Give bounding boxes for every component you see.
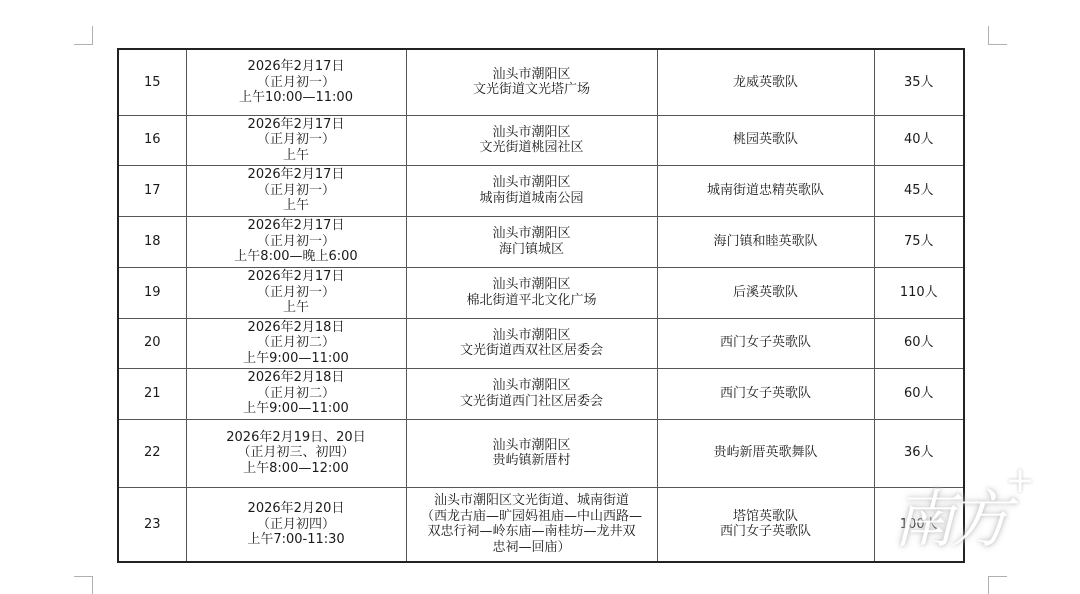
cell-number: 16	[118, 115, 186, 165]
cell-participant-count: 35人	[874, 49, 964, 115]
cell-team-line: 贵屿新厝英歌舞队	[658, 445, 874, 461]
cell-date-time: 2026年2月20日（正月初四）上午7:00-11:30	[186, 487, 406, 562]
cell-location: 汕头市潮阳区文光街道桃园社区	[406, 115, 657, 165]
table-row: 202026年2月18日（正月初二）上午9:00—11:00汕头市潮阳区文光街道…	[118, 318, 964, 368]
cell-participant-count-text: 100人	[875, 517, 964, 533]
cell-number: 18	[118, 216, 186, 267]
performance-schedule-table: 152026年2月17日（正月初一）上午10:00—11:00汕头市潮阳区文光街…	[117, 48, 965, 563]
cell-number-text: 17	[119, 183, 186, 199]
table-row: 222026年2月19日、20日（正月初三、初四）上午8:00—12:00汕头市…	[118, 419, 964, 487]
cell-date-time-line: （正月初二）	[187, 386, 406, 402]
cell-date-time-line: 上午7:00-11:30	[187, 532, 406, 548]
table-row: 172026年2月17日（正月初一）上午汕头市潮阳区城南街道城南公园城南街道忠精…	[118, 165, 964, 216]
cell-team-line: 塔馆英歌队	[658, 509, 874, 525]
cell-date-time-line: （正月初一）	[187, 183, 406, 199]
table-row: 162026年2月17日（正月初一）上午汕头市潮阳区文光街道桃园社区桃园英歌队4…	[118, 115, 964, 165]
cell-team: 西门女子英歌队	[657, 368, 874, 419]
cell-date-time-line: 2026年2月17日	[187, 218, 406, 234]
cell-date-time-line: 上午9:00—11:00	[187, 401, 406, 417]
cell-date-time-line: （正月初一）	[187, 234, 406, 250]
page-corner-mark-top-right	[988, 26, 1007, 45]
cell-date-time-line: （正月初二）	[187, 335, 406, 351]
cell-participant-count-text: 36人	[875, 445, 964, 461]
cell-team: 龙威英歌队	[657, 49, 874, 115]
cell-participant-count: 100人	[874, 487, 964, 562]
cell-location-line: 文光街道文光塔广场	[407, 82, 657, 98]
cell-date-time-line: （正月初三、初四）	[187, 445, 406, 461]
cell-location-line: 海门镇城区	[407, 242, 657, 258]
cell-date-time-line: 上午10:00—11:00	[187, 90, 406, 106]
cell-participant-count: 40人	[874, 115, 964, 165]
cell-location: 汕头市潮阳区城南街道城南公园	[406, 165, 657, 216]
table-row: 192026年2月17日（正月初一）上午汕头市潮阳区棉北街道平北文化广场后溪英歌…	[118, 267, 964, 318]
cell-number: 22	[118, 419, 186, 487]
cell-number: 15	[118, 49, 186, 115]
cell-date-time: 2026年2月17日（正月初一）上午10:00—11:00	[186, 49, 406, 115]
cell-number: 19	[118, 267, 186, 318]
cell-participant-count: 45人	[874, 165, 964, 216]
cell-number: 21	[118, 368, 186, 419]
cell-date-time-line: 上午	[187, 148, 406, 164]
cell-team: 海门镇和睦英歌队	[657, 216, 874, 267]
table-row: 212026年2月18日（正月初二）上午9:00—11:00汕头市潮阳区文光街道…	[118, 368, 964, 419]
cell-location-line: 汕头市潮阳区	[407, 378, 657, 394]
cell-team-line: 后溪英歌队	[658, 285, 874, 301]
cell-date-time-line: （正月初四）	[187, 517, 406, 533]
cell-number-text: 21	[119, 386, 186, 402]
cell-number-text: 23	[119, 517, 186, 533]
cell-number-text: 18	[119, 234, 186, 250]
cell-date-time-line: （正月初一）	[187, 132, 406, 148]
cell-location-line: 文光街道西双社区居委会	[407, 343, 657, 359]
cell-date-time-line: 上午	[187, 198, 406, 214]
cell-participant-count-text: 35人	[875, 75, 964, 91]
page-corner-mark-bottom-right	[988, 576, 1007, 594]
cell-number: 17	[118, 165, 186, 216]
cell-participant-count-text: 60人	[875, 386, 964, 402]
cell-team-line: 海门镇和睦英歌队	[658, 234, 874, 250]
cell-team-line: 西门女子英歌队	[658, 335, 874, 351]
cell-date-time-line: 上午8:00—12:00	[187, 461, 406, 477]
cell-team: 塔馆英歌队西门女子英歌队	[657, 487, 874, 562]
cell-number-text: 16	[119, 132, 186, 148]
cell-location: 汕头市潮阳区贵屿镇新厝村	[406, 419, 657, 487]
cell-date-time: 2026年2月17日（正月初一）上午	[186, 267, 406, 318]
cell-location-line: （西龙古庙—旷园妈祖庙—中山西路—	[407, 509, 657, 525]
cell-location: 汕头市潮阳区棉北街道平北文化广场	[406, 267, 657, 318]
cell-number-text: 20	[119, 335, 186, 351]
cell-participant-count: 75人	[874, 216, 964, 267]
cell-number: 23	[118, 487, 186, 562]
cell-number-text: 15	[119, 75, 186, 91]
cell-location-line: 城南街道城南公园	[407, 191, 657, 207]
table-body: 152026年2月17日（正月初一）上午10:00—11:00汕头市潮阳区文光街…	[118, 49, 964, 562]
cell-location: 汕头市潮阳区文光街道西门社区居委会	[406, 368, 657, 419]
cell-location-line: 汕头市潮阳区	[407, 438, 657, 454]
cell-date-time-line: （正月初一）	[187, 75, 406, 91]
cell-team: 城南街道忠精英歌队	[657, 165, 874, 216]
cell-team: 西门女子英歌队	[657, 318, 874, 368]
cell-date-time-line: 2026年2月17日	[187, 269, 406, 285]
cell-location-line: 汕头市潮阳区文光街道、城南街道	[407, 493, 657, 509]
cell-team-line: 西门女子英歌队	[658, 524, 874, 540]
cell-team-line: 城南街道忠精英歌队	[658, 183, 874, 199]
cell-location-line: 双忠行祠—岭东庙—南桂坊—龙井双	[407, 524, 657, 540]
cell-number-text: 22	[119, 445, 186, 461]
cell-team: 桃园英歌队	[657, 115, 874, 165]
cell-location-line: 棉北街道平北文化广场	[407, 293, 657, 309]
cell-location-line: 汕头市潮阳区	[407, 125, 657, 141]
cell-date-time-line: 2026年2月18日	[187, 370, 406, 386]
cell-location-line: 文光街道西门社区居委会	[407, 394, 657, 410]
cell-participant-count-text: 75人	[875, 234, 964, 250]
cell-date-time-line: 2026年2月17日	[187, 59, 406, 75]
cell-date-time: 2026年2月18日（正月初二）上午9:00—11:00	[186, 368, 406, 419]
cell-date-time-line: 上午	[187, 300, 406, 316]
cell-participant-count: 110人	[874, 267, 964, 318]
cell-date-time-line: 2026年2月17日	[187, 117, 406, 133]
cell-location-line: 汕头市潮阳区	[407, 277, 657, 293]
cell-participant-count: 36人	[874, 419, 964, 487]
cell-location: 汕头市潮阳区海门镇城区	[406, 216, 657, 267]
cell-team: 后溪英歌队	[657, 267, 874, 318]
cell-date-time: 2026年2月17日（正月初一）上午8:00—晚上6:00	[186, 216, 406, 267]
cell-date-time: 2026年2月17日（正月初一）上午	[186, 165, 406, 216]
cell-date-time: 2026年2月18日（正月初二）上午9:00—11:00	[186, 318, 406, 368]
cell-participant-count-text: 60人	[875, 335, 964, 351]
cell-location-line: 汕头市潮阳区	[407, 226, 657, 242]
cell-date-time-line: 2026年2月20日	[187, 501, 406, 517]
cell-location-line: 汕头市潮阳区	[407, 67, 657, 83]
cell-team: 贵屿新厝英歌舞队	[657, 419, 874, 487]
cell-number: 20	[118, 318, 186, 368]
cell-date-time: 2026年2月17日（正月初一）上午	[186, 115, 406, 165]
watermark-plus-icon: +	[1005, 460, 1035, 501]
cell-participant-count: 60人	[874, 368, 964, 419]
cell-team-line: 桃园英歌队	[658, 132, 874, 148]
table-row: 182026年2月17日（正月初一）上午8:00—晚上6:00汕头市潮阳区海门镇…	[118, 216, 964, 267]
cell-number-text: 19	[119, 285, 186, 301]
page-corner-mark-bottom-left	[74, 576, 93, 594]
cell-team-line: 龙威英歌队	[658, 75, 874, 91]
cell-date-time-line: 2026年2月19日、20日	[187, 430, 406, 446]
cell-location: 汕头市潮阳区文光街道、城南街道（西龙古庙—旷园妈祖庙—中山西路—双忠行祠—岭东庙…	[406, 487, 657, 562]
cell-date-time-line: 上午9:00—11:00	[187, 351, 406, 367]
cell-date-time: 2026年2月19日、20日（正月初三、初四）上午8:00—12:00	[186, 419, 406, 487]
cell-location-line: 文光街道桃园社区	[407, 140, 657, 156]
cell-participant-count-text: 45人	[875, 183, 964, 199]
cell-location-line: 贵屿镇新厝村	[407, 453, 657, 469]
cell-location: 汕头市潮阳区文光街道西双社区居委会	[406, 318, 657, 368]
cell-participant-count: 60人	[874, 318, 964, 368]
cell-date-time-line: 2026年2月17日	[187, 167, 406, 183]
page-corner-mark-top-left	[74, 26, 93, 45]
table-row: 152026年2月17日（正月初一）上午10:00—11:00汕头市潮阳区文光街…	[118, 49, 964, 115]
cell-date-time-line: （正月初一）	[187, 285, 406, 301]
cell-team-line: 西门女子英歌队	[658, 386, 874, 402]
cell-location-line: 忠祠—回庙）	[407, 540, 657, 556]
cell-date-time-line: 2026年2月18日	[187, 320, 406, 336]
table-row: 232026年2月20日（正月初四）上午7:00-11:30汕头市潮阳区文光街道…	[118, 487, 964, 562]
cell-date-time-line: 上午8:00—晚上6:00	[187, 249, 406, 265]
cell-participant-count-text: 40人	[875, 132, 964, 148]
cell-participant-count-text: 110人	[875, 285, 964, 301]
cell-location: 汕头市潮阳区文光街道文光塔广场	[406, 49, 657, 115]
cell-location-line: 汕头市潮阳区	[407, 175, 657, 191]
cell-location-line: 汕头市潮阳区	[407, 328, 657, 344]
